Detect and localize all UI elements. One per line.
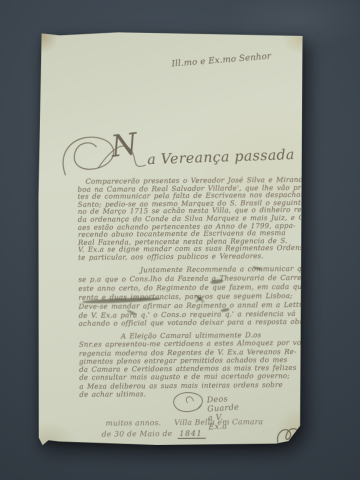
heading-text: a Vereança passada xyxy=(147,147,295,168)
place-line: muitos annos.Villa Bella em Camara xyxy=(106,417,264,427)
photo-of-manuscript: Ill.mo e Ex.mo Senhor N a Vereança passa… xyxy=(0,0,360,480)
date-text: de 30 de Maio de xyxy=(102,429,173,439)
heading-line: N a Vereança passada xyxy=(55,127,295,181)
closing-years-text: muitos annos. xyxy=(106,418,162,427)
valediction-line: Deos Guarde a V. Ex.a xyxy=(167,389,211,415)
salutation-line: Ill.mo e Ex.mo Senhor xyxy=(169,51,273,69)
year-text: 1841 xyxy=(177,429,205,439)
rubric-icon xyxy=(274,424,306,448)
manuscript-page-wrapper: Ill.mo e Ex.mo Senhor N a Vereança passa… xyxy=(37,32,303,447)
deos-flourish-icon xyxy=(167,389,211,415)
handwritten-line: te particular, aos officios publicos e V… xyxy=(78,253,304,263)
paragraph-2: Juntamente Recommenda a communicar que s… xyxy=(78,265,305,329)
place-text: Villa Bella em Camara xyxy=(174,417,263,427)
handwritten-line: achando o official que votando deixar pa… xyxy=(79,318,305,329)
paragraph-1: Comparecerão presentes o Vereador José S… xyxy=(77,177,304,263)
manuscript-page: Ill.mo e Ex.mo Senhor N a Vereança passa… xyxy=(37,32,303,447)
handwriting-layer: Ill.mo e Ex.mo Senhor N a Vereança passa… xyxy=(36,31,305,447)
heading-initial: N xyxy=(109,127,139,165)
date-line: de 30 de Maio de1841 xyxy=(102,429,206,439)
